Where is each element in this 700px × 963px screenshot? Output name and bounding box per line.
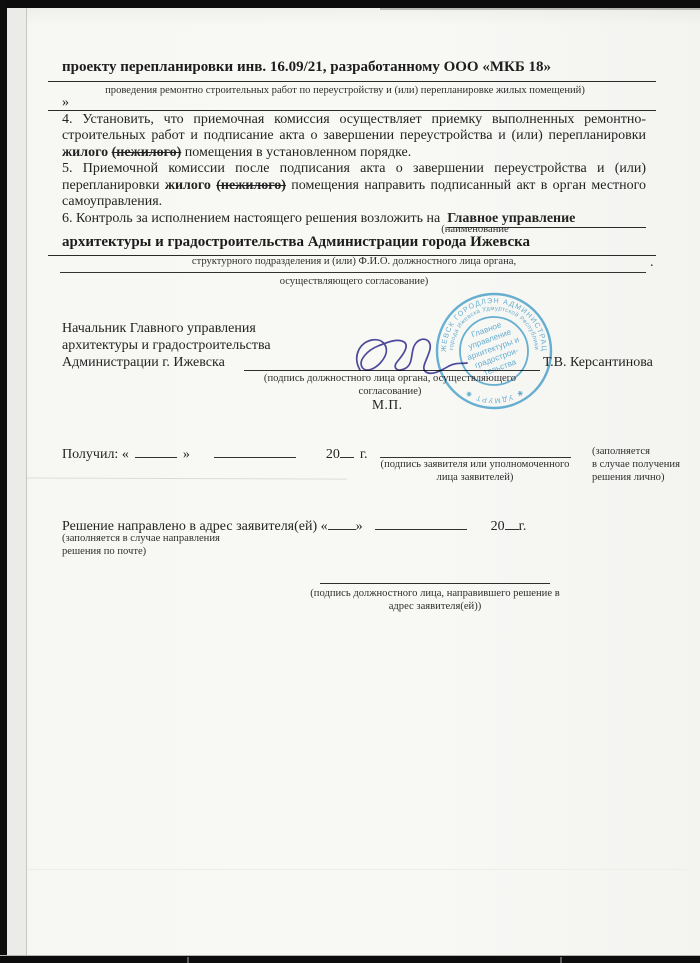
blank-year [340, 445, 354, 458]
signatory-name: Т.В. Керсантинова [543, 355, 653, 371]
blank-line-org [60, 262, 646, 273]
scan-edge-top [0, 0, 700, 8]
item-5-struck-word: (нежилого) [216, 178, 286, 193]
header-rule [48, 110, 656, 111]
official-round-stamp: ИЖЕВСК ГОРОДЛЭН АДМИНИСТРАЦИ ✱ УДМУРТ ✱ … [432, 289, 556, 413]
scan-edge-top-shadow [380, 8, 700, 10]
stamp-outer-ring-bottom-text: ✱ УДМУРТ ✱ [463, 388, 524, 404]
item-5-bold-word: жилого [165, 178, 211, 193]
received-signature-caption1: (подпись заявителя или уполномоченного [377, 459, 574, 472]
item-6: 6. Контроль за исполнением настоящего ре… [62, 211, 646, 228]
sent-note: (заполняется в случае направления решени… [62, 533, 262, 559]
sent-signature-caption1: (подпись должностного лица, направившего… [295, 588, 575, 601]
sent-year-prefix: 20 [491, 519, 505, 535]
signatory-title-line1: Начальник Главного управления [62, 320, 271, 337]
sent-note-line1: (заполняется в случае направления [62, 533, 262, 546]
org-name-line2: архитектуры и градостроительства Админис… [48, 233, 656, 256]
item-4-struck-word: (нежилого) [112, 145, 182, 160]
received-note-line1: (заполняется [592, 446, 682, 459]
sent-signature-line [320, 570, 550, 584]
header-caption: проведения ремонтно строительных работ п… [50, 85, 640, 98]
blank-month [375, 517, 467, 530]
scan-edge-tick [187, 957, 189, 963]
received-row: Получил: « » 20 г. (подпись заявителя ил… [62, 445, 571, 463]
scan-edge-bottom [0, 955, 700, 963]
seal-place-mark: М.П. [372, 397, 403, 413]
item-4-bold-word: жилого [62, 145, 108, 160]
scanned-document-page: проекту перепланировки инв. 16.09/21, ра… [0, 0, 700, 963]
item-4-text: 4. Установить, что приемочная комиссия о… [62, 112, 646, 143]
header-project-text: проекту перепланировки инв. 16.09/21, ра… [48, 59, 551, 76]
received-closing-quote: » [183, 447, 190, 463]
signatory-title: Начальник Главного управления архитектур… [62, 320, 271, 371]
header-closing-quote: » [62, 95, 69, 111]
caption-approving: осуществляющего согласование) [62, 276, 646, 289]
received-year-suffix: г. [360, 447, 368, 463]
item-4: 4. Установить, что приемочная комиссия о… [62, 112, 646, 161]
signatory-title-line2: архитектуры и градостроительства [62, 337, 271, 354]
sent-note-line2: решения по почте) [62, 546, 262, 559]
blank-day [328, 517, 356, 530]
item-5: 5. Приемочной комиссии после подписания … [62, 161, 646, 210]
sent-signature-caption2: адрес заявителя(ей)) [295, 601, 575, 614]
org-name-part2: архитектуры и градостроительства Админис… [48, 234, 530, 251]
received-note-line3: решения лично) [592, 472, 682, 485]
received-year-prefix: 20 [326, 447, 340, 463]
sent-year-suffix: г. [519, 519, 527, 535]
paper-crease-lower [26, 869, 686, 870]
received-note-line2: в случае получения [592, 459, 682, 472]
header-project-line: проекту перепланировки инв. 16.09/21, ра… [48, 58, 656, 82]
blank-month [214, 445, 296, 458]
end-period: . [650, 255, 654, 271]
blank-day [135, 445, 177, 458]
received-signature-line: (подпись заявителя или уполномоченного л… [380, 445, 571, 458]
received-label: Получил: « [62, 447, 129, 463]
sent-closing-quote: » [356, 519, 363, 535]
scan-left-gutter [7, 8, 27, 956]
received-signature-caption2: лица заявителей) [377, 472, 574, 485]
signatory-title-line3: Администрации г. Ижевска [62, 354, 271, 371]
scan-edge-left [0, 0, 7, 963]
scan-edge-tick [560, 957, 562, 963]
blank-year [505, 517, 519, 530]
received-note: (заполняется в случае получения решения … [592, 446, 682, 484]
resolution-items: 4. Установить, что приемочная комиссия о… [62, 112, 646, 228]
item-4-text-end: помещения в установленном порядке. [185, 145, 411, 160]
item-6-text: 6. Контроль за исполнением настоящего ре… [62, 211, 440, 227]
